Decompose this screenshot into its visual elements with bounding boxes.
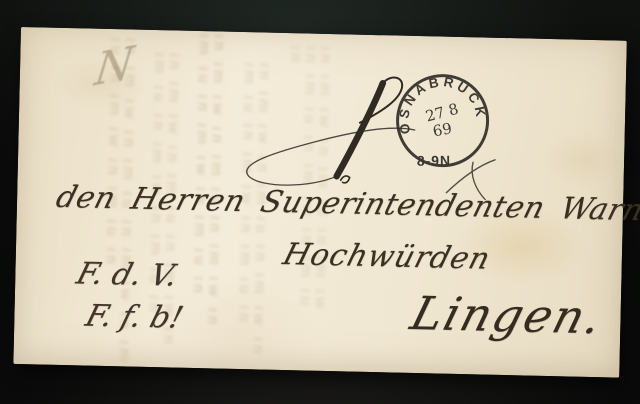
franking-notation-line2: F. f. b!	[82, 299, 187, 336]
photo-of-1869-letter-cover: ın ım ıw ın ım ıu ın ım ıw ın ım ıu ın ı…	[0, 0, 640, 404]
pencil-mark: N	[92, 36, 137, 96]
address-line-recipient: den Herren Superintendenten Warnecke	[52, 180, 640, 230]
postmark-year: 69	[431, 119, 453, 140]
folded-letter-cover: ın ım ıw ın ım ıu ın ım ıw ın ım ıu ın ı…	[13, 27, 626, 378]
address-line-honorific: Hochwürden	[279, 237, 494, 276]
address-line-town: Lingen.	[405, 286, 609, 344]
franking-notation-line1: F. d. V.	[73, 256, 182, 293]
